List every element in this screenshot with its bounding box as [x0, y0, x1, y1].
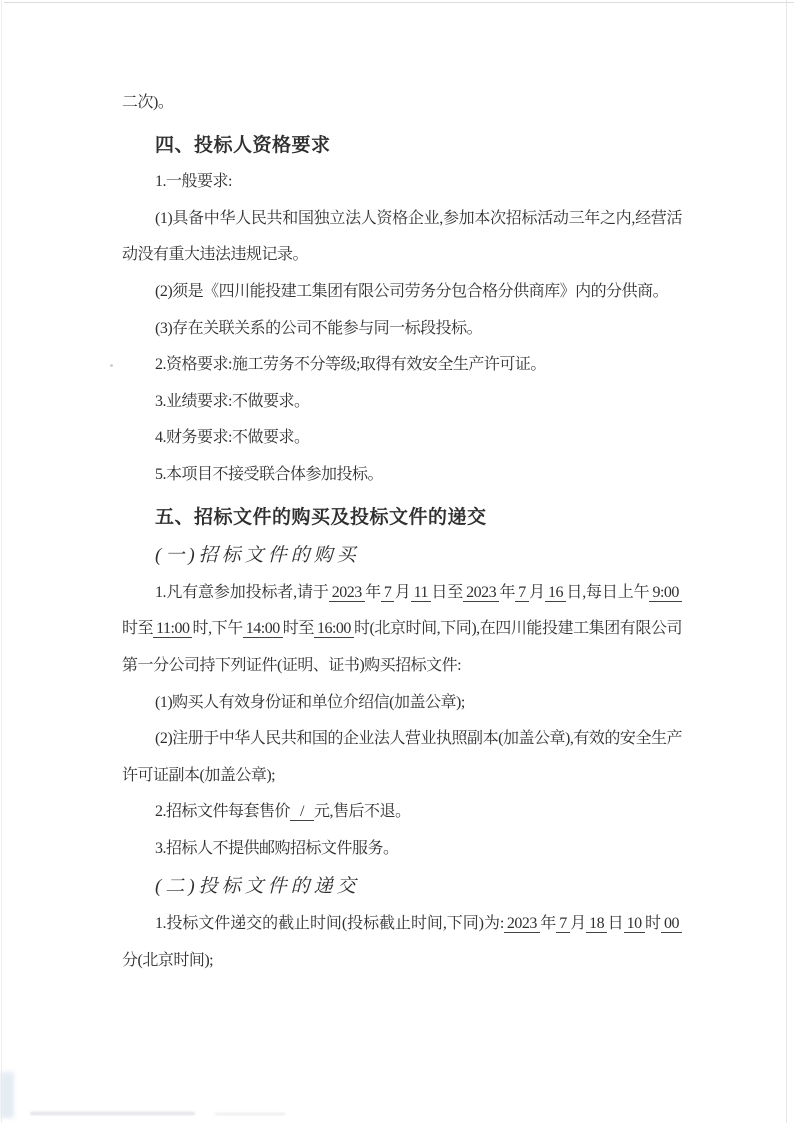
text-run: (一)招标文件的购买	[155, 545, 360, 566]
text-run: 时至	[122, 620, 153, 637]
text-run: 1.凡有意参加投标者,请于	[155, 584, 329, 601]
text-run: 二次)。	[122, 94, 173, 111]
text-run: 日至	[431, 584, 463, 601]
paragraph: (2)注册于中华人民共和国的企业法人营业执照副本(加盖公章),有效的安全生产许可…	[122, 721, 682, 794]
paragraph: 2.资格要求:施工劳务不分等级;取得有效安全生产许可证。	[122, 347, 682, 384]
text-run: 时至	[283, 620, 314, 637]
text-run: 5.本项目不接受联合体参加投标。	[155, 466, 383, 483]
paragraph: (1)具备中华人民共和国独立法人资格企业,参加本次招标活动三年之内,经营活动没有…	[122, 201, 682, 274]
scan-artifact-dot	[110, 364, 113, 367]
underlined-field: 11	[411, 584, 431, 602]
paragraph: 3.招标人不提供邮购招标文件服务。	[122, 831, 682, 868]
underlined-field: 00	[661, 915, 682, 933]
text-run: 月	[529, 584, 545, 601]
text-run: 年	[499, 584, 515, 601]
text-run: 年	[540, 915, 556, 932]
text-run: (3)存在关联关系的公司不能参与同一标段投标。	[155, 320, 482, 337]
text-run: (1)购买人有效身份证和单位介绍信(加盖公章);	[155, 694, 465, 711]
text-run: 4.财务要求:不做要求。	[155, 429, 309, 446]
underlined-field: 18	[586, 915, 607, 933]
document-body: 二次)。四、投标人资格要求1.一般要求:(1)具备中华人民共和国独立法人资格企业…	[122, 85, 682, 979]
paragraph: 3.业绩要求:不做要求。	[122, 384, 682, 421]
paragraph: (3)存在关联关系的公司不能参与同一标段投标。	[122, 311, 682, 348]
underlined-field: 16:00	[314, 620, 354, 638]
underlined-field: /	[290, 803, 314, 821]
scan-artifact-corner-smudge	[0, 1072, 14, 1118]
text-run: (1)具备中华人民共和国独立法人资格企业,参加本次招标活动三年之内,经营活动没有…	[122, 210, 682, 264]
underlined-field: 7	[556, 915, 570, 933]
text-run: 1.一般要求:	[155, 173, 232, 190]
text-run: 分(北京时间);	[122, 952, 213, 969]
paragraph: 二次)。	[122, 85, 682, 122]
underlined-field: 7	[381, 584, 395, 602]
text-run: 日,每日上午	[566, 584, 649, 601]
paragraph: (1)购买人有效身份证和单位介绍信(加盖公章);	[122, 685, 682, 722]
section-heading: 四、投标人资格要求	[122, 128, 682, 165]
text-run: 2.资格要求:施工劳务不分等级;取得有效安全生产许可证。	[155, 356, 546, 373]
underlined-field: 7	[515, 584, 529, 602]
sub-section-heading: (二)投标文件的递交	[122, 869, 682, 906]
underlined-field: 9:00	[649, 584, 681, 602]
text-run: 元,售后不退。	[314, 803, 411, 820]
paragraph: 2.招标文件每套售价 / 元,售后不退。	[122, 794, 682, 831]
paragraph: 5.本项目不接受联合体参加投标。	[122, 457, 682, 494]
section-heading: 五、招标文件的购买及投标文件的递交	[122, 500, 682, 537]
paragraph: (2)须是《四川能投建工集团有限公司劳务分包合格分供商库》内的分供商。	[122, 274, 682, 311]
paragraph: 1.投标文件递交的截止时间(投标截止时间,下同)为:2023年7月18日10时0…	[122, 906, 682, 979]
text-run: 2.招标文件每套售价	[155, 803, 290, 820]
text-run: 1.投标文件递交的截止时间(投标截止时间,下同)为:	[155, 915, 504, 932]
underlined-field: 2023	[463, 584, 499, 602]
text-run: (2)注册于中华人民共和国的企业法人营业执照副本(加盖公章),有效的安全生产许可…	[122, 730, 682, 784]
text-run: 时,下午	[192, 620, 242, 637]
document-page: 二次)。四、投标人资格要求1.一般要求:(1)具备中华人民共和国独立法人资格企业…	[0, 0, 794, 1123]
text-run: 时	[645, 915, 661, 932]
underlined-field: 11:00	[153, 620, 192, 638]
text-run: (二)投标文件的递交	[155, 876, 360, 897]
scan-artifact-top-edge	[4, 2, 794, 3]
text-run: 四、投标人资格要求	[155, 135, 331, 156]
text-run: (2)须是《四川能投建工集团有限公司劳务分包合格分供商库》内的分供商。	[155, 283, 668, 300]
text-run: 五、招标文件的购买及投标文件的递交	[155, 507, 487, 528]
scan-artifact-bottom-streak	[30, 1112, 195, 1115]
text-run: 月	[570, 915, 586, 932]
sub-section-heading: (一)招标文件的购买	[122, 538, 682, 575]
text-run: 日	[607, 915, 623, 932]
text-run: 年	[365, 584, 381, 601]
text-run: 3.业绩要求:不做要求。	[155, 393, 309, 410]
underlined-field: 2023	[504, 915, 540, 933]
text-run: 3.招标人不提供邮购招标文件服务。	[155, 840, 399, 857]
paragraph: 1.一般要求:	[122, 164, 682, 201]
scan-artifact-bottom-dots	[215, 1113, 285, 1115]
scan-artifact-right-edge	[786, 0, 787, 1123]
text-run: 月	[394, 584, 410, 601]
underlined-field: 16	[545, 584, 566, 602]
scan-artifact-left-edge	[1, 0, 2, 1123]
underlined-field: 14:00	[243, 620, 283, 638]
underlined-field: 2023	[329, 584, 365, 602]
paragraph: 4.财务要求:不做要求。	[122, 420, 682, 457]
paragraph: 1.凡有意参加投标者,请于2023年7月11日至2023年7月16日,每日上午9…	[122, 575, 682, 685]
underlined-field: 10	[624, 915, 645, 933]
